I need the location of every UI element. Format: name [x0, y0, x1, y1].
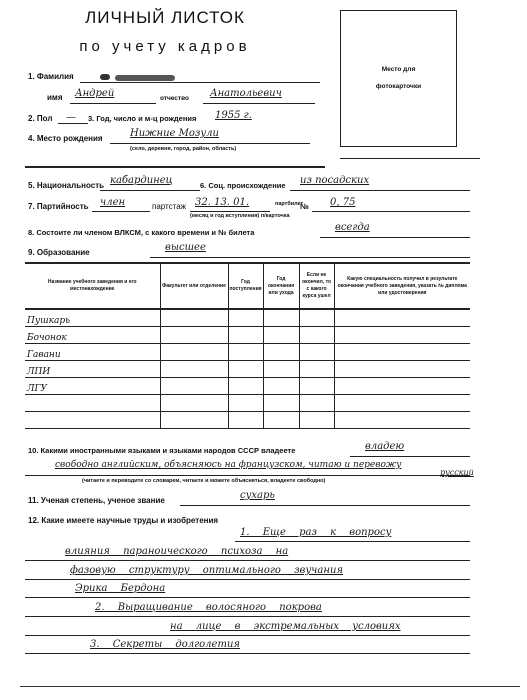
table-cell: [334, 327, 470, 344]
col-institution: Название учебного заведения и его местон…: [25, 263, 160, 309]
table-cell: [263, 395, 299, 412]
social-origin-line: [290, 190, 470, 191]
name-line: [70, 103, 156, 104]
party-no-line: [312, 211, 470, 212]
table-cell: Гавани: [25, 344, 160, 361]
sex-value: —: [66, 112, 76, 123]
table-cell: [334, 395, 470, 412]
table-cell: [334, 378, 470, 395]
table-cell: [334, 309, 470, 327]
form-title: ЛИЧНЫЙ ЛИСТОК: [0, 8, 330, 28]
table-row: Гавани: [25, 344, 470, 361]
table-row: Бочонок: [25, 327, 470, 344]
table-cell: [228, 395, 263, 412]
surname-line: [80, 82, 320, 83]
birthplace-label: 4. Место рождения: [28, 134, 103, 143]
party-value: член: [100, 197, 125, 208]
photo-label-1: Место для: [341, 66, 456, 73]
nationality-value: кабардинец: [110, 175, 173, 186]
table-cell: [299, 327, 334, 344]
party-hint: (месяц и год вступления) п/карточка: [190, 213, 290, 219]
party-card-label: партбилет: [275, 201, 303, 207]
komsomol-label: 8. Состоите ли членом ВЛКСМ, с какого вр…: [28, 228, 254, 237]
works-line: [25, 616, 470, 617]
table-cell: [160, 309, 228, 327]
patronymic-value: Анатольевич: [210, 88, 282, 99]
table-cell: [263, 412, 299, 429]
party-no-label: №: [300, 202, 309, 211]
nationality-line: [100, 190, 200, 191]
patronymic-label: отчество: [160, 95, 189, 102]
sex-line: [58, 123, 88, 124]
works-line: [235, 541, 470, 542]
table-cell: [228, 361, 263, 378]
table-cell: [160, 344, 228, 361]
photo-label-2: фотокарточки: [341, 83, 456, 90]
surname-redaction: [115, 75, 175, 81]
party-no-value: 0, 75: [330, 197, 355, 208]
table-row: ЛПИ: [25, 361, 470, 378]
table-cell: Бочонок: [25, 327, 160, 344]
works-entry: фазовую структуру оптимального звучания: [70, 565, 343, 576]
table-cell: [160, 412, 228, 429]
education-table-header: Название учебного заведения и его местон…: [25, 263, 470, 309]
works-label: 12. Какие имеете научные труды и изобрет…: [28, 516, 218, 525]
komsomol-line: [320, 237, 470, 238]
languages-line-2: [25, 475, 470, 476]
works-line: [25, 560, 470, 561]
komsomol-value: всегда: [335, 222, 370, 233]
table-row: ЛГУ: [25, 378, 470, 395]
table-cell: [228, 344, 263, 361]
table-cell: [263, 309, 299, 327]
surname-redaction: [100, 74, 110, 80]
works-entry: на лице в экстремальных условиях: [170, 621, 401, 632]
table-cell: [299, 395, 334, 412]
social-origin-value: из посадских: [300, 175, 369, 186]
table-cell: Пушкарь: [25, 309, 160, 327]
col-end-year: Год окончания или ухода: [263, 263, 299, 309]
works-entry: Эрика Бердона: [75, 583, 165, 594]
col-dropout-course: Если не окончил, то с какого курса ушел: [299, 263, 334, 309]
birth-label: 3. Год, число и м-ц рождения: [88, 114, 196, 123]
party-label: 7. Партийность: [28, 202, 89, 211]
table-cell: [299, 412, 334, 429]
section-divider: [25, 166, 325, 168]
table-cell: [299, 361, 334, 378]
party-line: [92, 211, 150, 212]
education-value: высшее: [165, 242, 206, 253]
education-label: 9. Образование: [28, 248, 90, 257]
name-value: Андрей: [75, 88, 114, 99]
table-row: Пушкарь: [25, 309, 470, 327]
table-cell: [263, 344, 299, 361]
works-entry: 3. Секреты долголетия: [90, 639, 240, 650]
table-cell: [263, 327, 299, 344]
education-table: Название учебного заведения и его местон…: [25, 262, 470, 429]
table-cell: [263, 378, 299, 395]
nationality-label: 5. Национальность: [28, 181, 104, 190]
table-cell: [228, 412, 263, 429]
table-cell: [228, 309, 263, 327]
languages-hint: (читаете и переводите со словарем, читае…: [82, 478, 325, 484]
col-start-year: Год поступления: [228, 263, 263, 309]
table-cell: [228, 327, 263, 344]
social-origin-label: 6. Соц. происхождение: [200, 181, 286, 190]
table-cell: [263, 361, 299, 378]
degree-line: [180, 505, 470, 506]
works-entry: 1. Еще раз к вопросу: [240, 527, 391, 538]
works-entry: влияния параноического психоза на: [65, 546, 288, 557]
table-cell: [334, 361, 470, 378]
divider: [340, 158, 480, 159]
photo-placeholder: Место для фотокарточки: [340, 10, 457, 147]
table-cell: [334, 344, 470, 361]
languages-line-1: [350, 456, 470, 457]
table-row: [25, 395, 470, 412]
table-cell: ЛПИ: [25, 361, 160, 378]
col-specialty: Какую специальность получил в результате…: [334, 263, 470, 309]
languages-label: 10. Какими иностранными языками и языкам…: [28, 446, 295, 455]
degree-value: сухарь: [240, 490, 275, 501]
works-entry: 2. Выращивание волосяного покрова: [95, 602, 322, 613]
languages-value-1: владею: [365, 441, 404, 452]
form-subtitle: по учету кадров: [0, 38, 330, 55]
birthplace-line: [110, 143, 310, 144]
table-cell: [160, 395, 228, 412]
party-tenure-label: партстаж: [152, 202, 186, 211]
table-cell: [160, 361, 228, 378]
table-cell: [25, 412, 160, 429]
birthplace-value: Нижние Мозули: [130, 128, 219, 139]
birth-value: 1955 г.: [215, 110, 252, 121]
table-cell: [299, 344, 334, 361]
table-cell: [299, 378, 334, 395]
name-label: имя: [47, 93, 63, 102]
birthplace-hint: (село, деревня, город, район, область): [130, 146, 236, 152]
page-bottom-rule: [20, 686, 520, 687]
patronymic-line: [203, 103, 315, 104]
table-cell: [299, 309, 334, 327]
surname-label: 1. Фамилия: [28, 72, 74, 81]
languages-value-3: русский: [440, 468, 474, 477]
table-cell: [160, 378, 228, 395]
col-faculty: Факультет или отделение: [160, 263, 228, 309]
table-cell: ЛГУ: [25, 378, 160, 395]
party-tenure-line: [190, 211, 270, 212]
works-line: [25, 579, 470, 580]
table-cell: [334, 412, 470, 429]
table-cell: [228, 378, 263, 395]
party-tenure-value: 32. 13. 01.: [195, 197, 249, 208]
works-line: [25, 635, 470, 636]
sex-label: 2. Пол: [28, 114, 52, 123]
works-line: [25, 597, 470, 598]
education-line: [150, 257, 470, 258]
table-cell: [160, 327, 228, 344]
languages-value-2: свободно английским, объясняюсь на франц…: [55, 460, 401, 470]
works-line: [25, 653, 470, 654]
degree-label: 11. Ученая степень, ученое звание: [28, 496, 165, 505]
table-cell: [25, 395, 160, 412]
table-row: [25, 412, 470, 429]
